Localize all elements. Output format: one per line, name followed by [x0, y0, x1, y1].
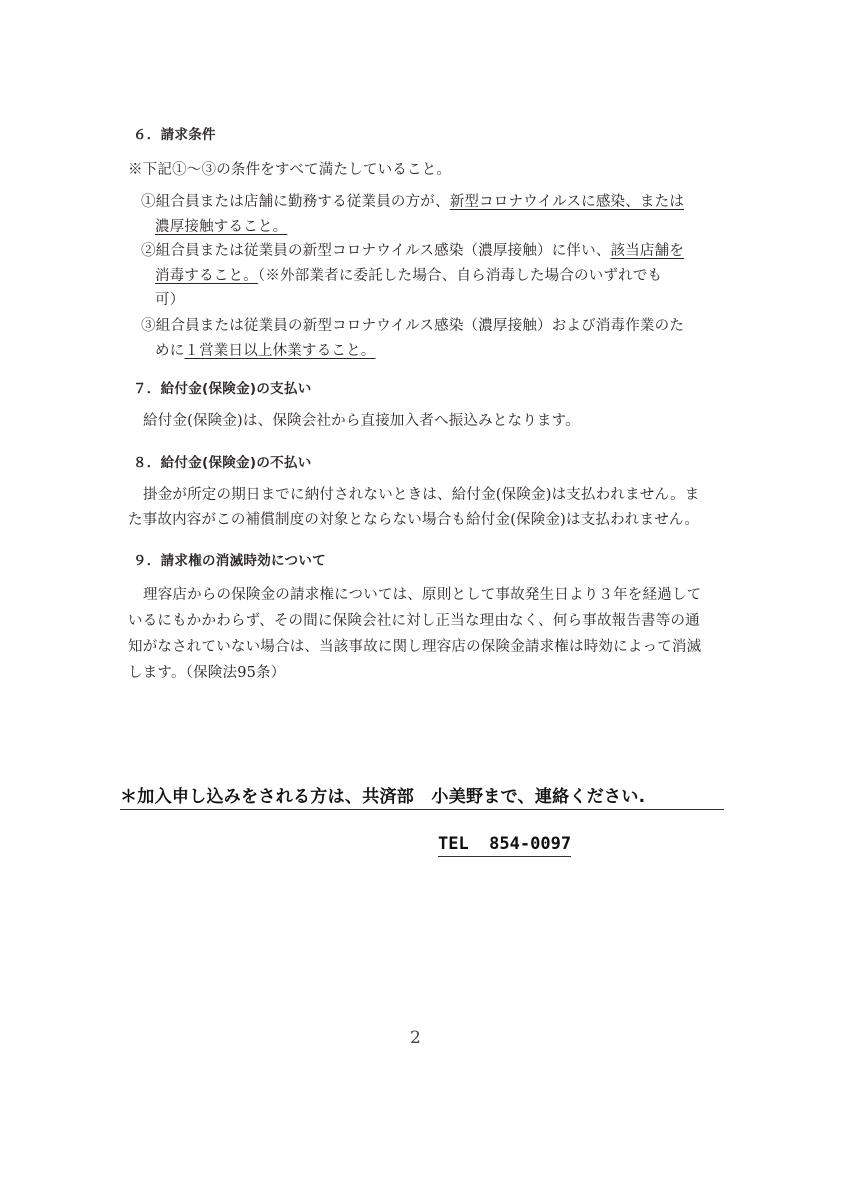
condition-1-line-1: ①組合員または店舗に勤務する従業員の方が、新型コロナウイルスに感染、または: [141, 189, 684, 215]
condition-1-line-2: 濃厚接触すること。: [155, 214, 287, 240]
condition-2-line-1: ②組合員または従業員の新型コロナウイルス感染（濃厚接触）に伴い、該当店舗を: [141, 238, 684, 264]
section-9-heading: ９．請求権の消滅時効について: [133, 549, 326, 569]
condition-2-underlined: 該当店舗を: [611, 243, 685, 259]
section-9-line-4: します。（保険法95条）: [128, 660, 285, 686]
section-8-line-1: 掛金が所定の期日までに納付されないときは、給付金(保険金)は支払われません。ま: [143, 482, 699, 508]
section-8-line-2: た事故内容がこの補償制度の対象とならない場合も給付金(保険金)は支払われません。: [128, 507, 699, 533]
conditions-intro: ※下記①～③の条件をすべて満たしていること。: [128, 157, 451, 183]
condition-1-underlined: 新型コロナウイルスに感染、または: [450, 194, 684, 210]
section-9-line-1: 理容店からの保険金の請求権については、原則として事故発生日より３年を経過して: [143, 582, 701, 608]
section-9-line-2: いるにもかかわらず、その間に保険会社に対し正当な理由なく、何ら事故報告書等の通: [128, 608, 700, 634]
condition-3-line-2: めに１営業日以上休業すること。: [155, 338, 376, 364]
section-8-heading: ８．給付金(保険金)の不払い: [133, 451, 312, 471]
condition-2-line-2: 消毒すること。（※外部業者に委託した場合、自ら消毒した場合のいずれでも: [155, 263, 662, 289]
contact-phone: TEL 854-0097: [438, 834, 571, 857]
section-7-heading: ７．給付金(保険金)の支払い: [133, 377, 312, 397]
section-9-line-3: 知がなされていない場合は、当該事故に関し理容店の保険金請求権は時効によって消滅: [128, 634, 701, 660]
condition-3-underlined: １営業日以上休業すること。: [184, 343, 375, 359]
section-7-body: 給付金(保険金)は、保険会社から直接加入者へ振込みとなります。: [143, 408, 580, 434]
page-number: 2: [410, 1028, 421, 1048]
condition-3-line-1: ③組合員または従業員の新型コロナウイルス感染（濃厚接触）および消毒作業のた: [141, 313, 684, 339]
section-6-heading: ６．請求条件: [133, 123, 216, 143]
condition-2-line-3: 可）: [155, 287, 184, 313]
contact-note: ＊加入申し込みをされる方は、共済部 小美野まで、連絡ください.: [120, 782, 724, 810]
